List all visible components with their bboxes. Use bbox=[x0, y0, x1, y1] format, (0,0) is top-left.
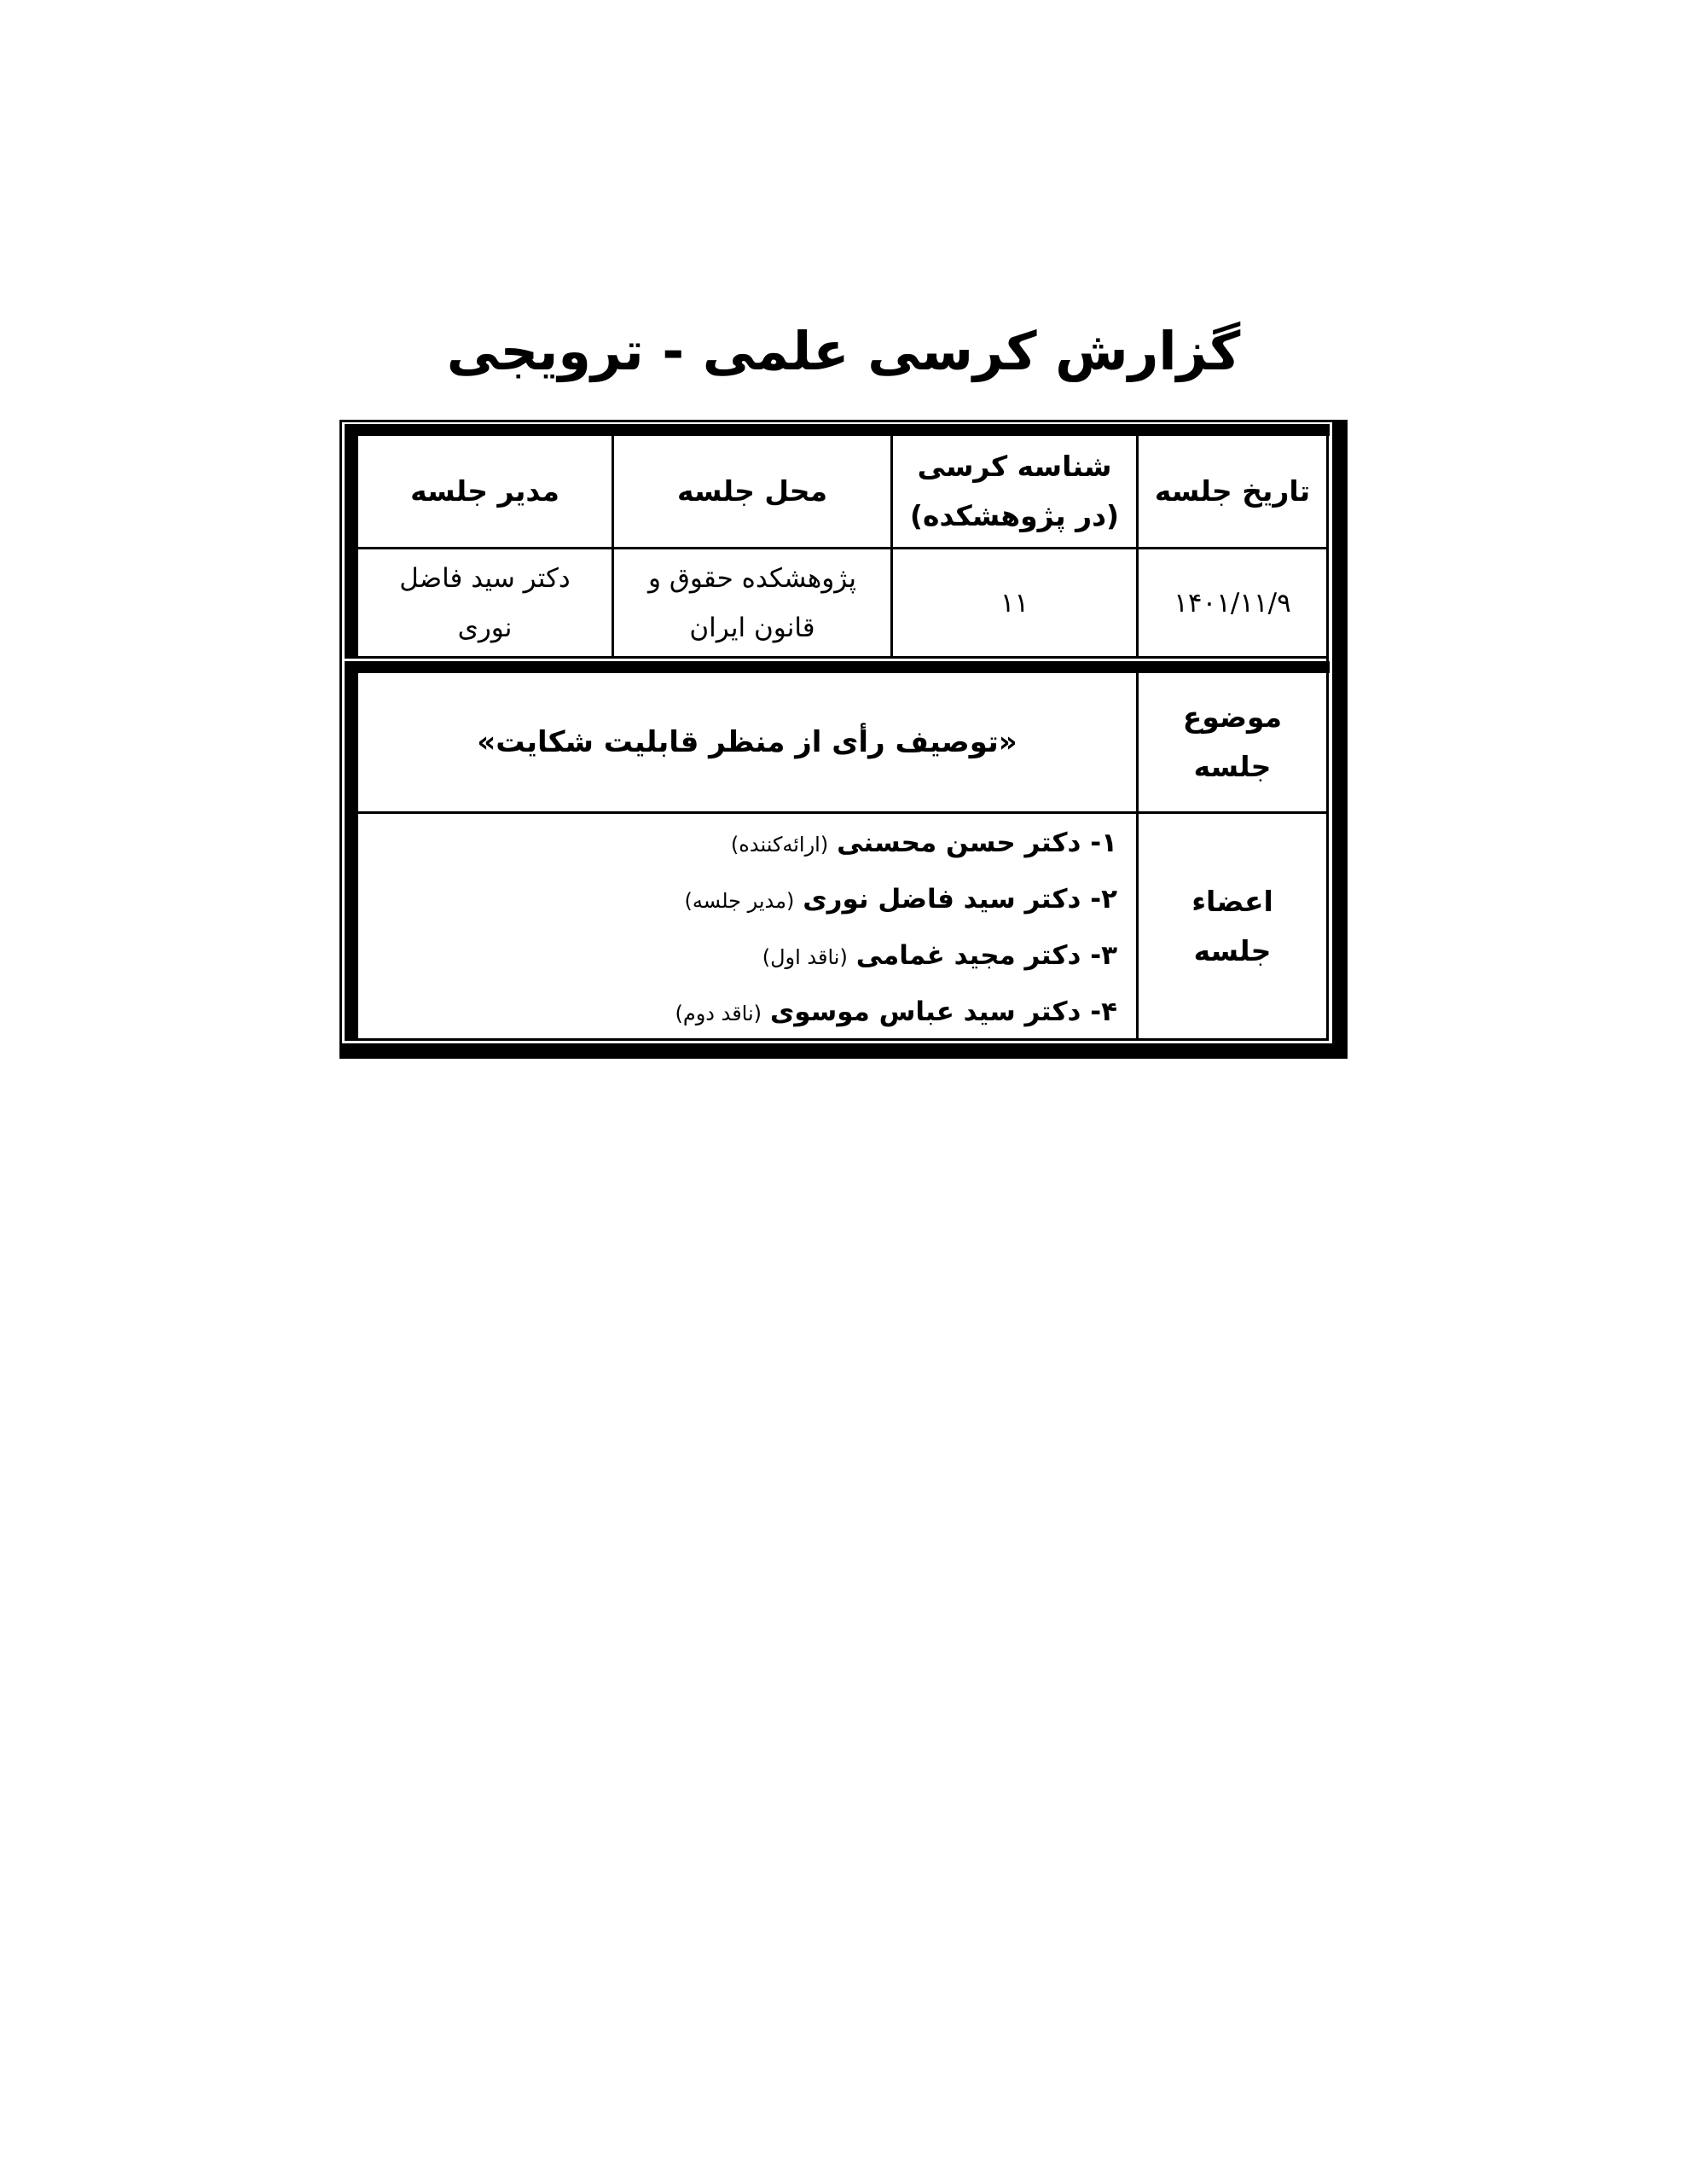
members-label-line1: اعضاء bbox=[1191, 877, 1273, 926]
header-moderator: مدیر جلسه bbox=[358, 436, 612, 547]
venue-value-line1: پژوهشکده حقوق و bbox=[648, 554, 856, 603]
list-item: ۱- دکتر حسن محسنی (ارائه‌کننده) bbox=[358, 816, 1117, 872]
value-venue: پژوهشکده حقوق و قانون ایران bbox=[614, 549, 890, 656]
member-name: دکتر سید عباس موسوی bbox=[770, 996, 1081, 1027]
member-role: (ارائه‌کننده) bbox=[731, 833, 828, 857]
moderator-value-line1: دکتر سید فاضل bbox=[399, 554, 570, 603]
header-venue-label: محل جلسه bbox=[677, 467, 827, 516]
subject-text: «توصیف رأی از منظر قابلیت شکایت» bbox=[477, 725, 1017, 759]
header-chair-id: شناسه کرسی (در پژوهشکده) bbox=[893, 436, 1136, 547]
list-item: ۴- دکتر سید عباس موسوی (ناقد دوم) bbox=[358, 985, 1117, 1041]
chair-id-value: ۱۱ bbox=[1000, 578, 1029, 628]
subject-label: موضوع جلسه bbox=[1139, 673, 1326, 811]
value-moderator: دکتر سید فاضل نوری bbox=[358, 549, 612, 656]
subject-label-line1: موضوع bbox=[1183, 693, 1282, 742]
member-index: ۴- bbox=[1081, 996, 1117, 1027]
member-role: (ناقد اول) bbox=[762, 945, 848, 969]
member-index: ۱- bbox=[1081, 828, 1117, 858]
member-name: دکتر حسن محسنی bbox=[837, 828, 1081, 858]
header-moderator-label: مدیر جلسه bbox=[410, 467, 559, 516]
subject-value: «توصیف رأی از منظر قابلیت شکایت» bbox=[358, 673, 1136, 811]
header-date: تاریخ جلسه bbox=[1139, 436, 1326, 547]
subject-label-line2: جلسه bbox=[1194, 742, 1272, 792]
members-label-line2: جلسه bbox=[1194, 926, 1272, 976]
value-chair-id: ۱۱ bbox=[893, 549, 1136, 656]
header-venue: محل جلسه bbox=[614, 436, 890, 547]
list-item: ۳- دکتر مجید غمامی (ناقد اول) bbox=[358, 928, 1117, 985]
member-name: دکتر مجید غمامی bbox=[856, 940, 1081, 971]
members-list: ۱- دکتر حسن محسنی (ارائه‌کننده) ۲- دکتر … bbox=[358, 814, 1136, 1038]
page-title: گزارش کرسی علمی - ترویجی bbox=[0, 317, 1687, 386]
header-chair-id-line1: شناسه کرسی bbox=[918, 442, 1112, 491]
member-role: (مدیر جلسه) bbox=[685, 889, 795, 913]
list-item: ۲- دکتر سید فاضل نوری (مدیر جلسه) bbox=[358, 872, 1117, 928]
member-index: ۲- bbox=[1081, 884, 1117, 915]
value-date: ۱۴۰۱/۱۱/۹ bbox=[1139, 549, 1326, 656]
header-date-label: تاریخ جلسه bbox=[1155, 467, 1310, 516]
member-name: دکتر سید فاضل نوری bbox=[803, 884, 1081, 915]
venue-value-line2: قانون ایران bbox=[689, 603, 815, 653]
member-index: ۳- bbox=[1081, 940, 1117, 971]
moderator-value-line2: نوری bbox=[458, 603, 513, 653]
members-label: اعضاء جلسه bbox=[1139, 814, 1326, 1038]
date-value: ۱۴۰۱/۱۱/۹ bbox=[1174, 578, 1290, 628]
header-chair-id-line2: (در پژوهشکده) bbox=[910, 491, 1119, 541]
member-role: (ناقد دوم) bbox=[675, 1002, 762, 1025]
